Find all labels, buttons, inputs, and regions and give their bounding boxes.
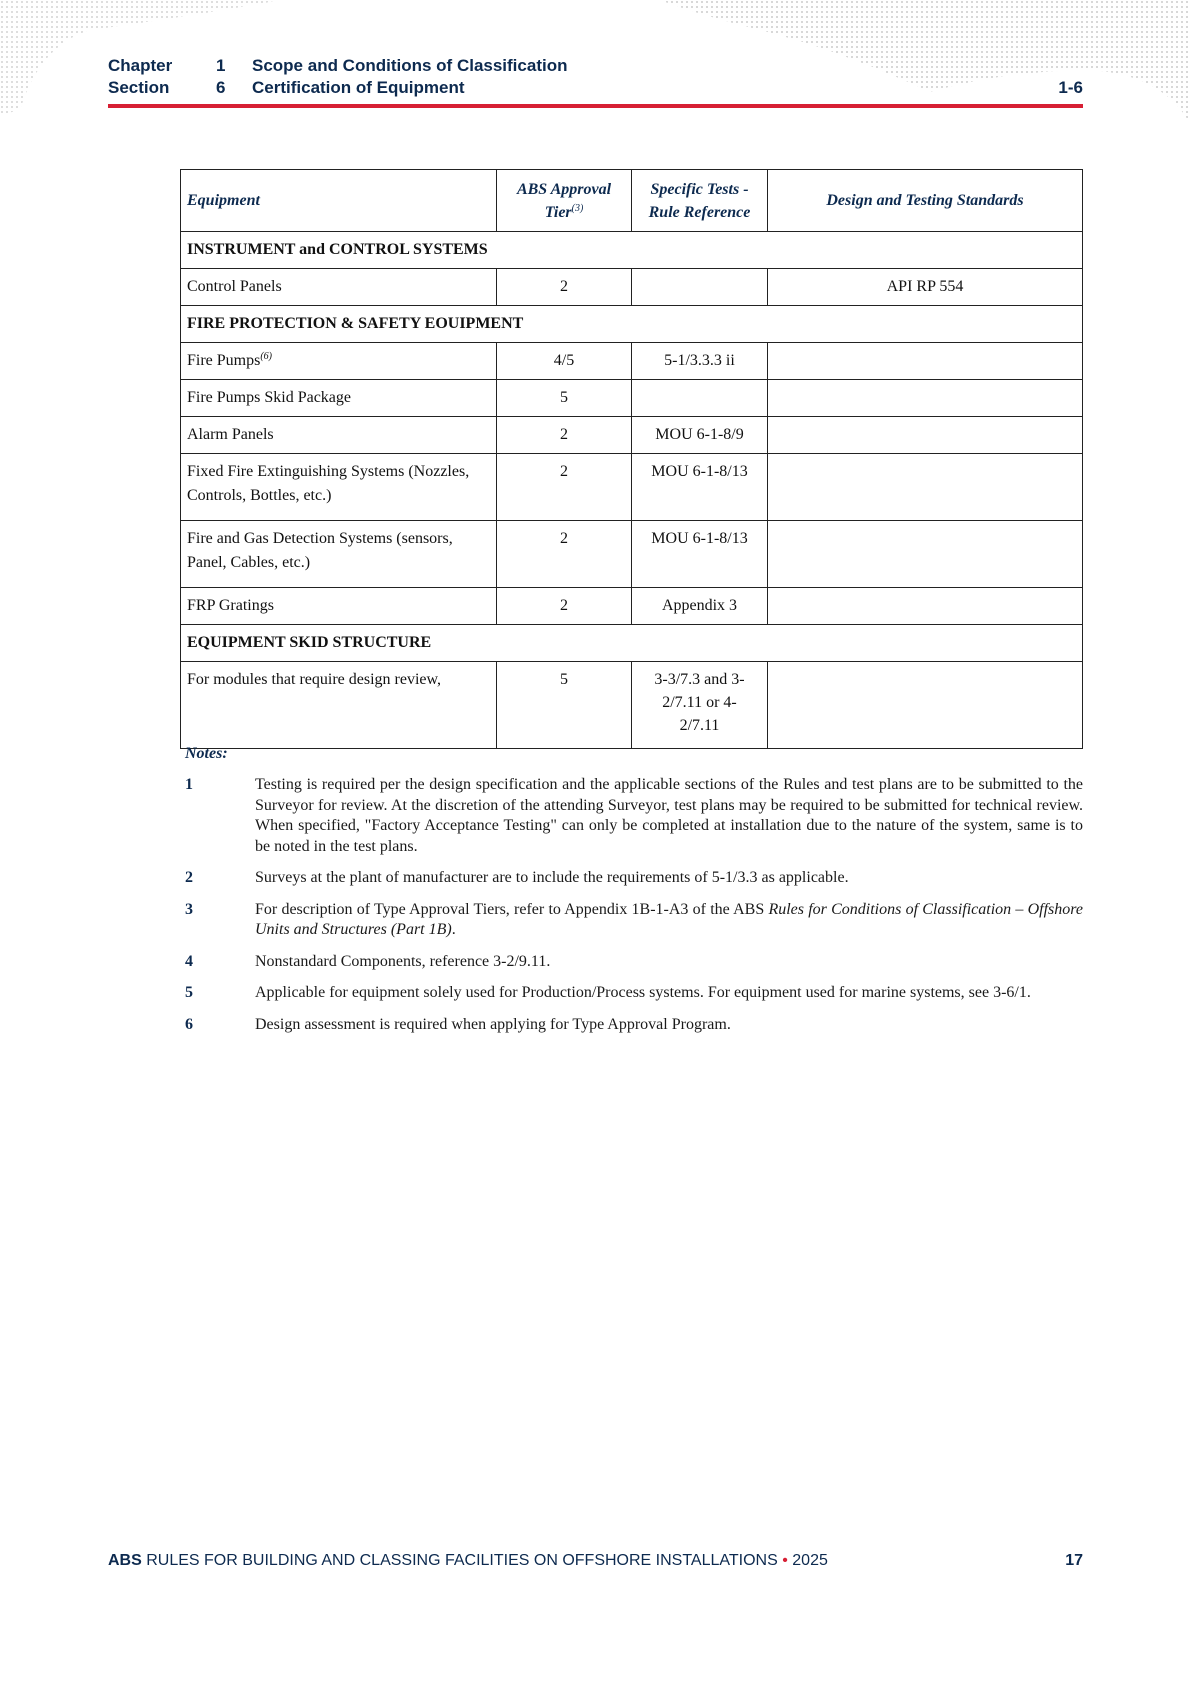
section-row: FIRE PROTECTION & SAFETY EOUIPMENT: [181, 306, 1083, 343]
notes-title: Notes:: [185, 745, 1083, 763]
tier-cell: 2: [497, 417, 632, 454]
equipment-cell: Fixed Fire Extinguishing Systems (Nozzle…: [181, 454, 497, 521]
table-row: FRP Gratings2Appendix 3: [181, 588, 1083, 625]
equipment-cell: Fire and Gas Detection Systems (sensors,…: [181, 521, 497, 588]
table-row: Fire and Gas Detection Systems (sensors,…: [181, 521, 1083, 588]
header-tier: ABS Approval Tier(3): [497, 170, 632, 232]
standards-cell: [768, 454, 1083, 521]
note-number: 6: [185, 1015, 255, 1036]
table-row: Control Panels2API RP 554: [181, 269, 1083, 306]
equipment-cell: Fire Pumps(6): [181, 343, 497, 380]
note-text: Surveys at the plant of manufacturer are…: [255, 868, 1083, 889]
rule-reference-cell: 3-3/7.3 and 3-2/7.11 or 4-2/7.11: [632, 662, 768, 749]
note-number: 4: [185, 952, 255, 973]
footer-title: ABS RULES FOR BUILDING AND CLASSING FACI…: [108, 1552, 828, 1570]
notes-section: Notes: 1Testing is required per the desi…: [185, 745, 1083, 1046]
header-equipment: Equipment: [181, 170, 497, 232]
section-title: INSTRUMENT and CONTROL SYSTEMS: [181, 232, 1083, 269]
chapter-label: Chapter: [108, 55, 216, 77]
note-number: 5: [185, 983, 255, 1004]
standards-cell: [768, 417, 1083, 454]
tier-cell: 2: [497, 454, 632, 521]
note-text: Testing is required per the design speci…: [255, 775, 1083, 857]
section-title: Certification of Equipment: [252, 77, 1083, 99]
rule-reference-cell: MOU 6-1-8/13: [632, 454, 768, 521]
rule-reference-cell: MOU 6-1-8/9: [632, 417, 768, 454]
note-item: 1Testing is required per the design spec…: [185, 775, 1083, 857]
tier-cell: 2: [497, 269, 632, 306]
header-standards: Design and Testing Standards: [768, 170, 1083, 232]
note-text: For description of Type Approval Tiers, …: [255, 900, 1083, 941]
page-header: Chapter 1 Scope and Conditions of Classi…: [108, 55, 1083, 99]
equipment-cell: Fire Pumps Skid Package: [181, 380, 497, 417]
note-item: 4Nonstandard Components, reference 3-2/9…: [185, 952, 1083, 973]
chapter-title: Scope and Conditions of Classification: [252, 55, 1083, 77]
tier-cell: 5: [497, 662, 632, 749]
note-text: Design assessment is required when apply…: [255, 1015, 1083, 1036]
standards-cell: [768, 380, 1083, 417]
equipment-cell: Control Panels: [181, 269, 497, 306]
note-text: Applicable for equipment solely used for…: [255, 983, 1083, 1004]
section-row: INSTRUMENT and CONTROL SYSTEMS: [181, 232, 1083, 269]
page-number: 17: [1065, 1552, 1083, 1570]
section-title: EQUIPMENT SKID STRUCTURE: [181, 625, 1083, 662]
note-number: 3: [185, 900, 255, 941]
standards-cell: API RP 554: [768, 269, 1083, 306]
rule-reference-cell: Appendix 3: [632, 588, 768, 625]
note-number: 2: [185, 868, 255, 889]
standards-cell: [768, 521, 1083, 588]
tier-cell: 2: [497, 521, 632, 588]
table-row: Alarm Panels2MOU 6-1-8/9: [181, 417, 1083, 454]
header-rule-reference: Specific Tests - Rule Reference: [632, 170, 768, 232]
equipment-table: Equipment ABS Approval Tier(3) Specific …: [180, 169, 1083, 749]
chapter-number: 1: [216, 55, 252, 77]
note-item: 6Design assessment is required when appl…: [185, 1015, 1083, 1036]
standards-cell: [768, 343, 1083, 380]
tier-cell: 5: [497, 380, 632, 417]
note-item: 3For description of Type Approval Tiers,…: [185, 900, 1083, 941]
header-divider: [108, 104, 1083, 108]
rule-reference-cell: 5-1/3.3.3 ii: [632, 343, 768, 380]
page-footer: ABS RULES FOR BUILDING AND CLASSING FACI…: [108, 1552, 1083, 1570]
standards-cell: [768, 662, 1083, 749]
table-row: Fire Pumps Skid Package5: [181, 380, 1083, 417]
table-header-row: Equipment ABS Approval Tier(3) Specific …: [181, 170, 1083, 232]
page-reference: 1-6: [1058, 77, 1083, 99]
tier-cell: 2: [497, 588, 632, 625]
note-text: Nonstandard Components, reference 3-2/9.…: [255, 952, 1083, 973]
tier-cell: 4/5: [497, 343, 632, 380]
note-number: 1: [185, 775, 255, 857]
equipment-cell: For modules that require design review,: [181, 662, 497, 749]
note-item: 5Applicable for equipment solely used fo…: [185, 983, 1083, 1004]
note-item: 2Surveys at the plant of manufacturer ar…: [185, 868, 1083, 889]
table-row: Fixed Fire Extinguishing Systems (Nozzle…: [181, 454, 1083, 521]
section-title: FIRE PROTECTION & SAFETY EOUIPMENT: [181, 306, 1083, 343]
equipment-cell: FRP Gratings: [181, 588, 497, 625]
table-row: For modules that require design review,5…: [181, 662, 1083, 749]
table-row: Fire Pumps(6)4/55-1/3.3.3 ii: [181, 343, 1083, 380]
section-label: Section: [108, 77, 216, 99]
rule-reference-cell: [632, 380, 768, 417]
standards-cell: [768, 588, 1083, 625]
equipment-cell: Alarm Panels: [181, 417, 497, 454]
section-number: 6: [216, 77, 252, 99]
section-row: EQUIPMENT SKID STRUCTURE: [181, 625, 1083, 662]
rule-reference-cell: MOU 6-1-8/13: [632, 521, 768, 588]
rule-reference-cell: [632, 269, 768, 306]
